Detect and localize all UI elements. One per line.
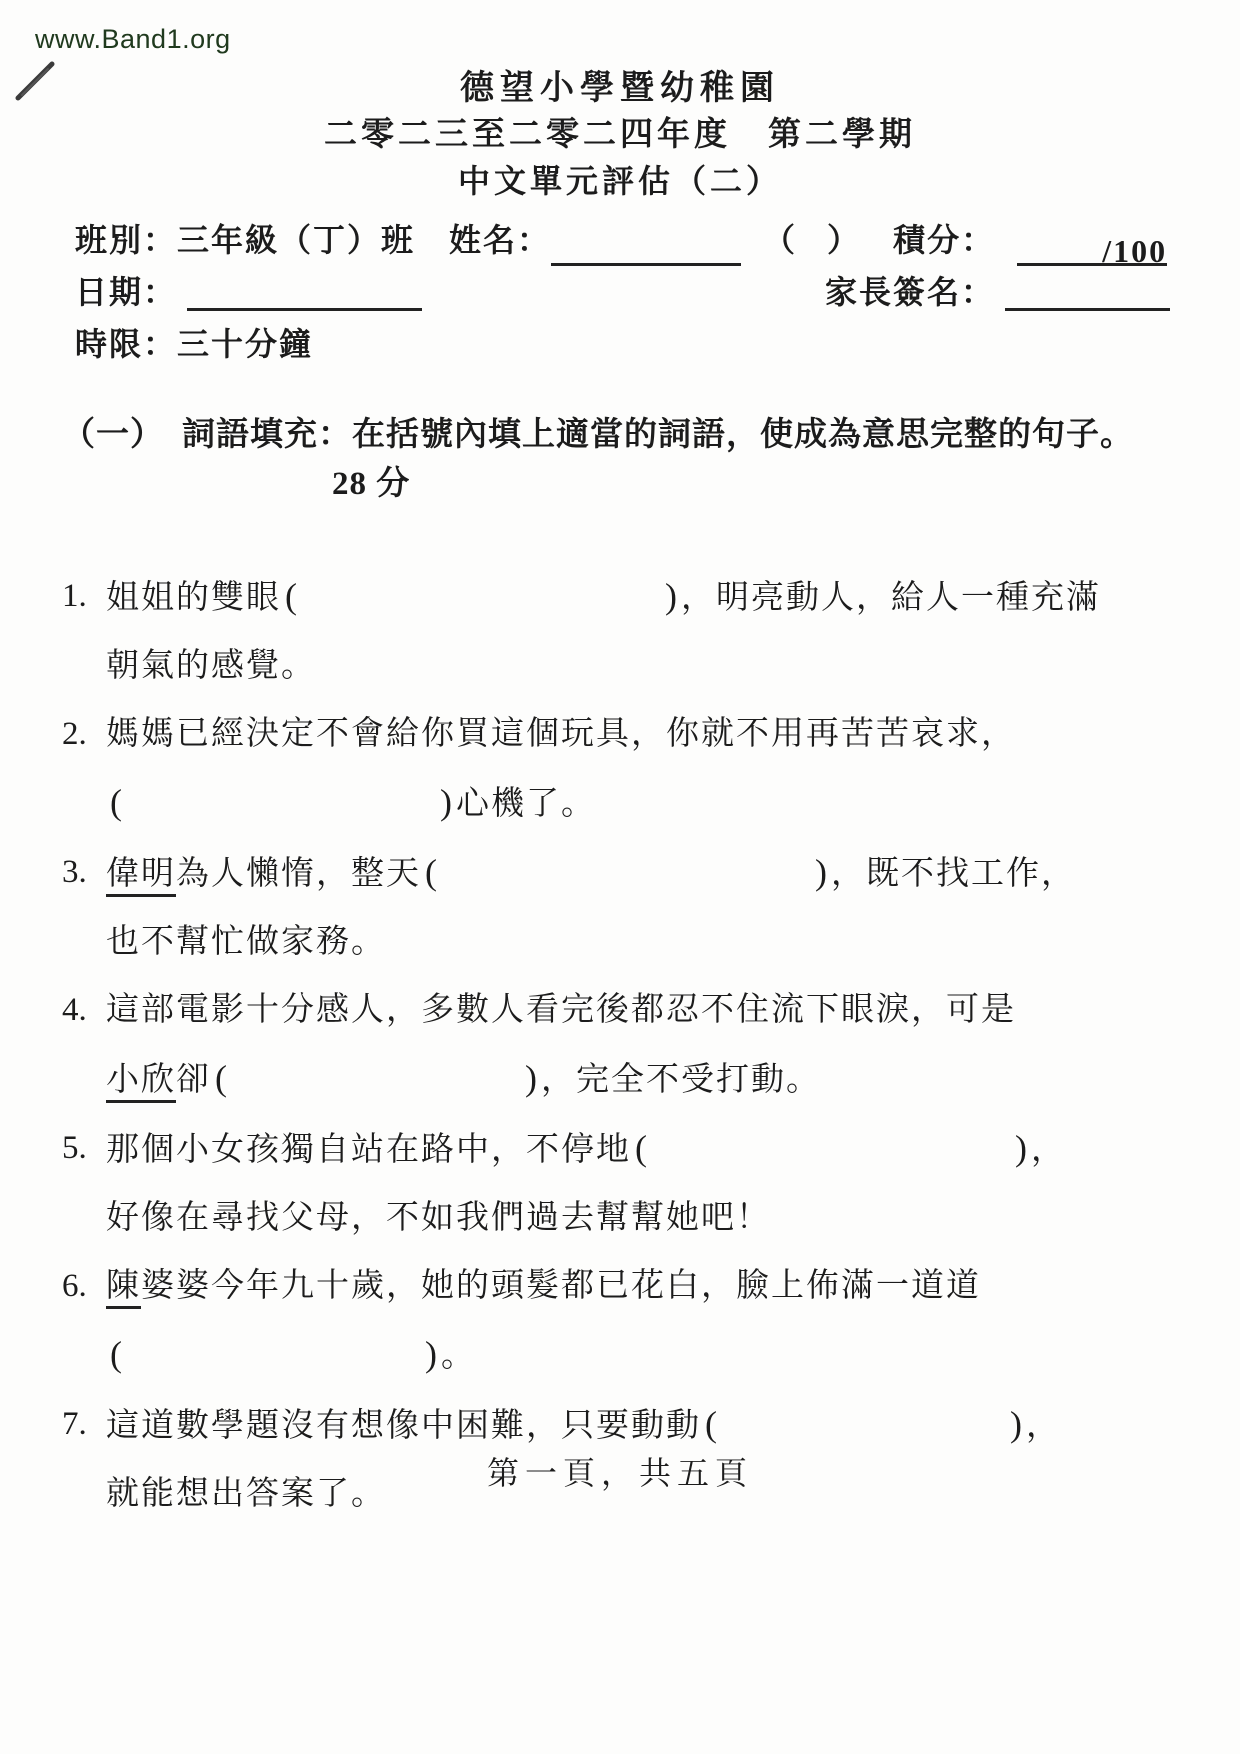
answer-blank — [301, 606, 661, 608]
question-line: 媽媽已經決定不會給你買這個玩具，你就不用再苦苦哀求， — [106, 700, 1185, 768]
question-text: 為人懶惰，整天 — [176, 856, 421, 892]
paper-title: 中文單元評估（二） — [0, 158, 1240, 204]
question-line: 那個小女孩獨自站在路中，不停地()， — [106, 1114, 1185, 1184]
question-line: 好像在尋找父母，不如我們過去幫幫她吧！ — [106, 1184, 1185, 1252]
question-text: 朝氣的感覺。 — [106, 648, 316, 684]
answer-blank — [651, 1158, 1011, 1160]
question-row: 6.陳婆婆今年九十歲，她的頭髮都已花白，臉上佈滿一道道()。 — [62, 1252, 1185, 1390]
open-paren: ( — [106, 782, 126, 822]
question-body: 媽媽已經決定不會給你買這個玩具，你就不用再苦苦哀求，()心機了。 — [106, 700, 1185, 838]
open-paren: ( — [421, 852, 441, 892]
question-list: 1.姐姐的雙眼()，明亮動人，給人一種充滿朝氣的感覺。2.媽媽已經決定不會給你買… — [62, 562, 1185, 1528]
question-body: 那個小女孩獨自站在路中，不停地()，好像在尋找父母，不如我們過去幫幫她吧！ — [106, 1114, 1185, 1252]
underlined-name: 偉明 — [106, 856, 176, 897]
question-line: 也不幫忙做家務。 — [106, 908, 1185, 976]
score-label: 積分： — [893, 214, 995, 266]
question-line: 陳婆婆今年九十歲，她的頭髮都已花白，臉上佈滿一道道 — [106, 1252, 1185, 1320]
answer-blank — [721, 1434, 1006, 1436]
question-row: 2.媽媽已經決定不會給你買這個玩具，你就不用再苦苦哀求，()心機了。 — [62, 700, 1185, 838]
question-row: 5.那個小女孩獨自站在路中，不停地()，好像在尋找父母，不如我們過去幫幫她吧！ — [62, 1114, 1185, 1252]
question-text: 卻 — [176, 1062, 211, 1098]
question-text: ， — [1026, 1408, 1061, 1444]
question-number: 5. — [62, 1114, 106, 1182]
date-group: 日期： — [75, 266, 422, 318]
time-limit: 時限：三十分鐘 — [75, 318, 313, 370]
name-label: 姓名： — [449, 214, 551, 266]
question-line: ()心機了。 — [106, 768, 1185, 838]
answer-blank — [126, 1364, 421, 1366]
school-year-term: 二零二三至二零二四年度 第二學期 — [0, 112, 1240, 158]
question-text: ，既不找工作， — [831, 856, 1076, 892]
question-line: 這部電影十分感人，多數人看完後都忍不住流下眼淚，可是 — [106, 976, 1185, 1044]
question-text: 心機了。 — [456, 786, 596, 822]
class-value: 三年級（丁）班 — [177, 214, 415, 266]
parent-signature-blank — [1005, 270, 1170, 311]
pen-mark — [14, 58, 62, 102]
answer-blank — [231, 1088, 521, 1090]
parent-signature-label: 家長簽名： — [825, 274, 995, 310]
question-number: 4. — [62, 976, 106, 1044]
school-name: 德望小學暨幼稚園 — [0, 66, 1240, 112]
answer-blank — [126, 812, 436, 814]
question-text: 這道數學題沒有想像中困難，只要動動 — [106, 1408, 701, 1444]
question-line: ()。 — [106, 1320, 1185, 1390]
question-text: 婆婆今年九十歲，她的頭髮都已花白，臉上佈滿一道道 — [141, 1268, 981, 1304]
close-paren: ) — [436, 782, 456, 822]
close-paren: ) — [661, 576, 681, 616]
question-line: 姐姐的雙眼()，明亮動人，給人一種充滿 — [106, 562, 1185, 632]
question-text: 姐姐的雙眼 — [106, 580, 281, 616]
question-number: 6. — [62, 1252, 106, 1320]
band1-watermark: www.Band1.org — [35, 24, 231, 55]
open-paren: ( — [106, 1334, 126, 1374]
question-text: 好像在尋找父母，不如我們過去幫幫她吧！ — [106, 1200, 771, 1236]
open-paren: ( — [211, 1058, 231, 1098]
question-line: 小欣卻()，完全不受打動。 — [106, 1044, 1185, 1114]
close-paren: ) — [1011, 1128, 1031, 1168]
question-body: 姐姐的雙眼()，明亮動人，給人一種充滿朝氣的感覺。 — [106, 562, 1185, 700]
section-one-heading: （一） 詞語填充：在括號內填上適當的詞語，使成為意思完整的句子。 28 分 — [62, 412, 1180, 510]
section-marks: 28 分 — [332, 458, 1134, 510]
question-text: 那個小女孩獨自站在路中，不停地 — [106, 1132, 631, 1168]
question-text: 這部電影十分感人，多數人看完後都忍不住流下眼淚，可是 — [106, 992, 1016, 1028]
section-instruction: 詞語填充：在括號內填上適當的詞語，使成為意思完整的句子。 — [182, 412, 1134, 458]
question-text: 。 — [441, 1338, 476, 1374]
score-blank: /100 — [1017, 225, 1167, 266]
question-row: 3.偉明為人懶惰，整天()，既不找工作，也不幫忙做家務。 — [62, 838, 1185, 976]
section-instruction-block: 詞語填充：在括號內填上適當的詞語，使成為意思完整的句子。 28 分 — [182, 412, 1134, 510]
question-line: 偉明為人懶惰，整天()，既不找工作， — [106, 838, 1185, 908]
open-paren: ( — [631, 1128, 651, 1168]
question-row: 4.這部電影十分感人，多數人看完後都忍不住流下眼淚，可是小欣卻()，完全不受打動… — [62, 976, 1185, 1114]
question-body: 陳婆婆今年九十歲，她的頭髮都已花白，臉上佈滿一道道()。 — [106, 1252, 1185, 1390]
question-row: 1.姐姐的雙眼()，明亮動人，給人一種充滿朝氣的感覺。 — [62, 562, 1185, 700]
underlined-name: 小欣 — [106, 1062, 176, 1103]
question-body: 偉明為人懶惰，整天()，既不找工作，也不幫忙做家務。 — [106, 838, 1185, 976]
question-text: ， — [1031, 1132, 1066, 1168]
date-label: 日期： — [75, 274, 177, 310]
parent-signature-group: 家長簽名： — [825, 266, 1170, 318]
name-blank — [551, 225, 741, 266]
close-paren: ) — [1006, 1404, 1026, 1444]
close-paren: ) — [811, 852, 831, 892]
info-row-time-limit: 時限：三十分鐘 — [75, 318, 1170, 370]
info-row-class-name-score: 班別： 三年級（丁）班 姓名： （ ） 積分： /100 — [75, 214, 1170, 266]
underlined-name: 陳 — [106, 1268, 141, 1309]
open-paren: ( — [701, 1404, 721, 1444]
close-paren: ) — [421, 1334, 441, 1374]
info-row-date-signature: 日期： 家長簽名： — [75, 266, 1170, 318]
class-number-brackets: （ ） — [763, 214, 859, 266]
question-text: 也不幫忙做家務。 — [106, 924, 386, 960]
close-paren: ) — [521, 1058, 541, 1098]
section-number: （一） — [62, 412, 164, 458]
class-label: 班別： — [75, 214, 177, 266]
question-text: ，明亮動人，給人一種充滿 — [681, 580, 1101, 616]
question-text: 媽媽已經決定不會給你買這個玩具，你就不用再苦苦哀求， — [106, 716, 1016, 752]
student-info-block: 班別： 三年級（丁）班 姓名： （ ） 積分： /100 日期： 家長簽名： 時… — [75, 214, 1170, 370]
question-number: 2. — [62, 700, 106, 768]
question-body: 這部電影十分感人，多數人看完後都忍不住流下眼淚，可是小欣卻()，完全不受打動。 — [106, 976, 1185, 1114]
page-footer: 第一頁，共五頁 — [0, 1448, 1240, 1494]
question-text: ，完全不受打動。 — [541, 1062, 821, 1098]
date-blank — [187, 270, 422, 311]
open-paren: ( — [281, 576, 301, 616]
question-number: 3. — [62, 838, 106, 906]
question-number: 1. — [62, 562, 106, 630]
answer-blank — [441, 882, 811, 884]
test-paper-page: www.Band1.org 德望小學暨幼稚園 二零二三至二零二四年度 第二學期 … — [0, 0, 1240, 1754]
question-line: 朝氣的感覺。 — [106, 632, 1185, 700]
